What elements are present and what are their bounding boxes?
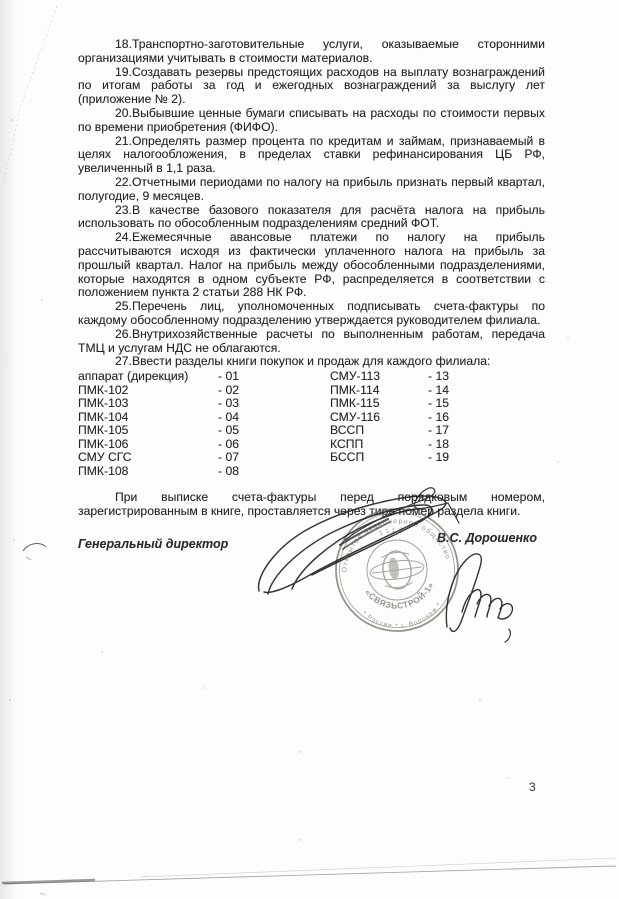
branch-code: - 05 — [218, 424, 330, 438]
signature-title: Генеральный директор — [78, 537, 228, 551]
company-stamp-icon: Открытое акционерное общество 1113 «СВЯЗ… — [329, 502, 465, 638]
branch-code: - 03 — [218, 397, 330, 411]
branch-label: ПМК-115 — [330, 397, 428, 411]
paragraph-20: 20.Выбывшие ценные бумаги списывать на р… — [78, 107, 545, 135]
branch-label: КСПП — [330, 438, 428, 452]
svg-text:1113: 1113 — [378, 525, 407, 537]
branch-code: - 19 — [428, 451, 545, 465]
branch-label: аппарат (дирекция) — [78, 370, 218, 384]
branch-label: ПМК-114 — [330, 384, 428, 398]
branch-code — [428, 465, 545, 479]
branch-code: - 15 — [428, 397, 545, 411]
branch-code: - 18 — [428, 438, 545, 452]
paragraph-23: 23.В качестве базового показателя для ра… — [78, 204, 545, 232]
paragraph-21: 21.Определять размер процента по кредита… — [78, 135, 545, 176]
paragraph-25: 25.Перечень лиц, уполномоченных подписыв… — [78, 300, 545, 328]
branch-label: ПМК-102 — [78, 384, 218, 398]
branch-code: - 17 — [428, 424, 545, 438]
branch-code: - 16 — [428, 411, 545, 425]
stamp-bottom-text: * Россия * г. Воронеж * — [360, 601, 445, 635]
branch-label: ПМК-104 — [78, 411, 218, 425]
paragraph-26: 26.Внутрихозяйственные расчеты по выполн… — [78, 328, 545, 356]
branch-code: - 08 — [218, 465, 330, 479]
paragraph-19: 19.Создавать резервы предстоящих расходо… — [78, 66, 545, 107]
branch-codes-table: аппарат (дирекция) - 01 СМУ-113 - 13 ПМК… — [78, 370, 545, 478]
branch-code: - 01 — [218, 370, 330, 384]
branch-label: СМУ-116 — [330, 411, 428, 425]
branch-label: ВССП — [330, 424, 428, 438]
signature-name: В.С. Дорошенко — [437, 531, 537, 545]
approver-signature — [446, 554, 512, 642]
stamp-company-name: «СВЯЗЬСТРОЙ-1» — [362, 579, 438, 615]
stamp-emblem-icon — [368, 548, 426, 592]
branch-label: СМУ-113 — [330, 370, 428, 384]
document-page: 18.Транспортно-заготовительные услуги, о… — [0, 0, 619, 899]
branch-code: - 06 — [218, 438, 330, 452]
paragraph-27: 27.Ввести разделы книги покупок и продаж… — [78, 355, 545, 369]
svg-text:«СВЯЗЬСТРОЙ-1»: «СВЯЗЬСТРОЙ-1» — [362, 579, 438, 615]
branch-code: - 14 — [428, 384, 545, 398]
paragraph-24: 24.Ежемесячные авансовые платежи по нало… — [78, 231, 545, 300]
branch-code: - 13 — [428, 370, 545, 384]
branch-label: ПМК-105 — [78, 424, 218, 438]
branch-code: - 04 — [218, 411, 330, 425]
branch-label: ПМК-108 — [78, 465, 218, 479]
branch-label: ПМК-106 — [78, 438, 218, 452]
branch-label: ПМК-103 — [78, 397, 218, 411]
svg-text:Открытое акционерное общество: Открытое акционерное общество — [336, 512, 452, 574]
paragraph-18: 18.Транспортно-заготовительные услуги, о… — [78, 38, 545, 66]
margin-pen-mark — [23, 544, 46, 560]
paragraph-22: 22.Отчетными периодами по налогу на приб… — [78, 176, 545, 204]
branch-label — [330, 465, 428, 479]
stamp-top-text: Открытое акционерное общество — [336, 512, 452, 574]
branch-label: БССП — [330, 451, 428, 465]
page-number: 3 — [529, 780, 536, 794]
branch-code: - 02 — [218, 384, 330, 398]
closing-paragraph: При выписке счета-фактуры перед порядков… — [78, 491, 545, 519]
branch-code: - 07 — [218, 451, 330, 465]
stamp-number: 1113 — [378, 525, 407, 537]
svg-text:* Россия * г. Воронеж *: * Россия * г. Воронеж * — [360, 601, 445, 635]
document-body: 18.Транспортно-заготовительные услуги, о… — [78, 38, 545, 519]
branch-label: СМУ СГС — [78, 451, 218, 465]
